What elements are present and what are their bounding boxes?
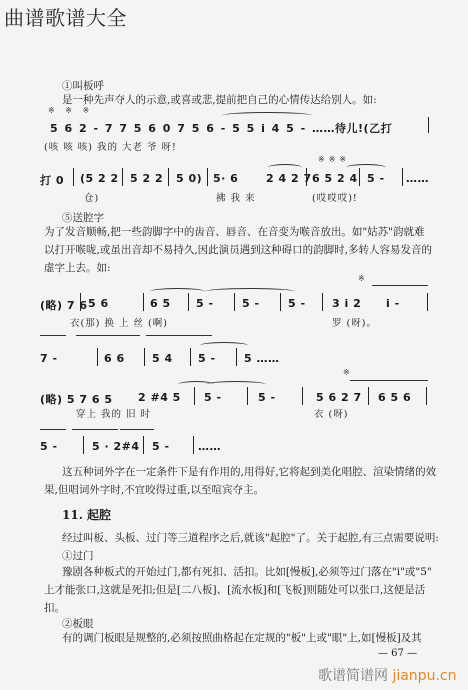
barline: [80, 293, 81, 311]
extension-line: [72, 429, 118, 430]
notes: 5 -: [198, 352, 216, 365]
notes: 5 -: [40, 440, 58, 453]
section-title-qiqiang: 11. 起腔: [62, 506, 111, 523]
para-line: 虚字上去。如:: [44, 259, 111, 277]
notes: 5 -: [152, 440, 170, 453]
breath-mark: ※: [343, 368, 354, 377]
extension-line: [350, 380, 428, 381]
notes: 5 4: [152, 352, 173, 365]
notes: 5 -: [242, 297, 260, 310]
watermark-cn: 歌谱简谱网: [318, 668, 388, 684]
barline: [306, 168, 307, 186]
notes: 5 -: [196, 297, 214, 310]
slur: [205, 288, 295, 295]
slur: [222, 112, 312, 119]
lyrics: 仓): [84, 190, 99, 204]
slur: [150, 288, 205, 295]
barline: [368, 387, 369, 405]
extension-line: [40, 429, 66, 430]
intro-qiqiang: 经过叫板、头板、过门等三道程序之后,就该"起腔"了。关于起腔,有三点需要说明:: [62, 529, 439, 547]
slur: [346, 164, 386, 171]
barline: [322, 293, 323, 311]
extension-line: [146, 335, 212, 336]
notes: 5 · 2#4: [92, 440, 140, 453]
barline: [143, 436, 144, 454]
slur: [200, 342, 248, 349]
notes: 2 #4 5: [138, 391, 181, 404]
para-line: 为了发音顺畅,把一些韵脚字中的齿音、唇音、在音变为喉音放出。如"姑苏"韵就难: [44, 223, 425, 241]
barline: [302, 387, 303, 405]
lyrics: (哎哎哎)!: [312, 190, 358, 204]
extension-line: [76, 335, 140, 336]
para-line: 豫剧各种板式的开始过门,都有死扣、活扣。比如[慢板],必须等过门落在"i"或"5…: [62, 563, 432, 581]
barline: [190, 348, 191, 366]
slur: [268, 164, 302, 171]
notes: ……: [198, 440, 221, 453]
notes: 5 2 2: [130, 172, 163, 185]
barline: [83, 436, 84, 454]
para-line: 扣。: [44, 599, 65, 617]
extension-line: [40, 335, 66, 336]
barline: [144, 348, 145, 366]
lyrics: 拂 我 来: [216, 190, 256, 204]
lyrics: 罗 (呀)。: [332, 315, 377, 329]
intro-jiaobanhu: 是一种先声夺人的示意,或喜或悲,提前把自己的心情传达给别人。如:: [62, 91, 377, 109]
notes: 5 6: [88, 297, 109, 310]
barline: [122, 168, 123, 186]
notes: 6 5 2 4: [312, 172, 358, 185]
notes: (略) 5 7 6 5: [40, 391, 113, 407]
watermark-url: jianpu.cn: [392, 668, 456, 684]
extension-line: [372, 285, 428, 286]
notes: ……: [406, 172, 429, 185]
barline: [188, 293, 189, 311]
notes: 6 5 6: [378, 391, 411, 404]
site-title: 曲谱歌谱大全: [4, 2, 127, 31]
barline: [402, 168, 403, 186]
notes: 5 -: [288, 297, 306, 310]
notes: 7 -: [40, 352, 58, 365]
barline: [97, 348, 98, 366]
notes: 5 -: [204, 391, 222, 404]
notes: 6 5: [150, 297, 171, 310]
lyrics-line-1: (咳 咳 咳) 我的 大老 爷 呀!: [44, 139, 177, 153]
lyrics: 衣 (呀): [314, 406, 348, 420]
summary-line: 这五种词外字在一定条件下是有作用的,用得好,它将起到美化唱腔、渲染情绪的效: [62, 463, 436, 481]
barline: [168, 168, 169, 186]
para-line: 有的调门板眼是规整的,必须按照曲格起在定规的"板"上或"眼"上,如[慢板]及其: [62, 629, 422, 647]
barline: [234, 293, 235, 311]
barline: [143, 293, 144, 311]
notes: (5 2 2: [80, 172, 119, 185]
breath-mark: ※: [358, 274, 369, 283]
notes: 5 0): [176, 172, 202, 185]
extension-line: [120, 429, 154, 430]
para-line: 以打开喉咙,或虽出音却不易持久,因此演员遇到这种碍口的韵脚时,多转人容易发音的: [44, 241, 432, 259]
notes: 6 6: [104, 352, 125, 365]
barline: [207, 168, 208, 186]
barline: [247, 387, 248, 405]
notes: i -: [386, 297, 400, 310]
notes: 5 -: [367, 172, 385, 185]
summary-line: 果,但唱词外字时,不宜咬得过重,以至喧宾夺主。: [44, 481, 264, 499]
notes: 打 0: [40, 172, 64, 188]
breath-marks: ※ ※ ※: [48, 106, 93, 115]
barline: [427, 293, 428, 311]
breath-marks: ※※※: [318, 155, 350, 164]
notes: 5· 6: [213, 172, 238, 185]
watermark: 歌谱简谱网 jianpu.cn: [318, 665, 456, 685]
slur: [206, 381, 266, 388]
lyrics: 衣(那) 换 上 丝 (啊): [70, 315, 168, 329]
barline: [428, 117, 429, 133]
notes: 5 -: [258, 391, 276, 404]
barline: [73, 168, 74, 186]
notes: 3 i 2: [332, 297, 361, 310]
notes: 5 ……: [244, 352, 279, 365]
para-line: 上才能张口,这就是死扣;但是[二八板]、[流水板]和[飞板]则随处可以张口,这便…: [44, 581, 425, 599]
barline: [280, 293, 281, 311]
heading-guomen: ①过门: [62, 548, 94, 563]
notes: 5 6 2 7: [316, 391, 362, 404]
page-number: — 67 —: [378, 648, 417, 659]
notation-line-1: 5 6 2 - 7 7 5 6 0 7 5 6 - 5 5 i 4 5 - ………: [50, 120, 392, 136]
barline: [193, 436, 194, 454]
lyrics: 穿上 我的 旧 时: [76, 406, 151, 420]
barline: [236, 348, 237, 366]
barline: [426, 387, 427, 405]
barline: [359, 168, 360, 186]
barline: [194, 387, 195, 405]
notes: 2 4 2 7: [266, 172, 312, 185]
